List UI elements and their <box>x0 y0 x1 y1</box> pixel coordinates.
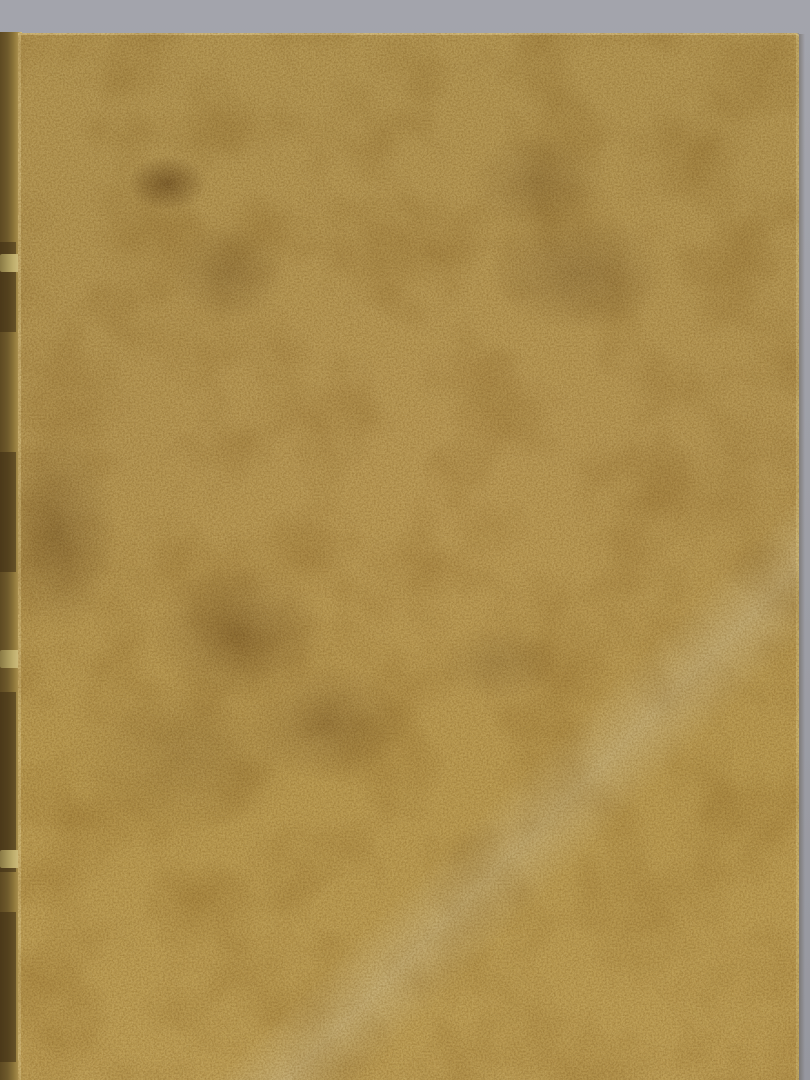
leather-highlight-texture <box>18 33 799 1080</box>
photo-scene <box>0 0 810 1080</box>
spine-shadow <box>0 692 16 872</box>
cover-edge-shadow <box>799 34 805 1080</box>
book-cover <box>18 33 799 1080</box>
leather-grain-texture <box>18 33 799 1080</box>
spine-shadow <box>0 452 16 572</box>
leather-mottling-texture <box>18 33 799 1080</box>
spine-shadow <box>0 912 16 1062</box>
